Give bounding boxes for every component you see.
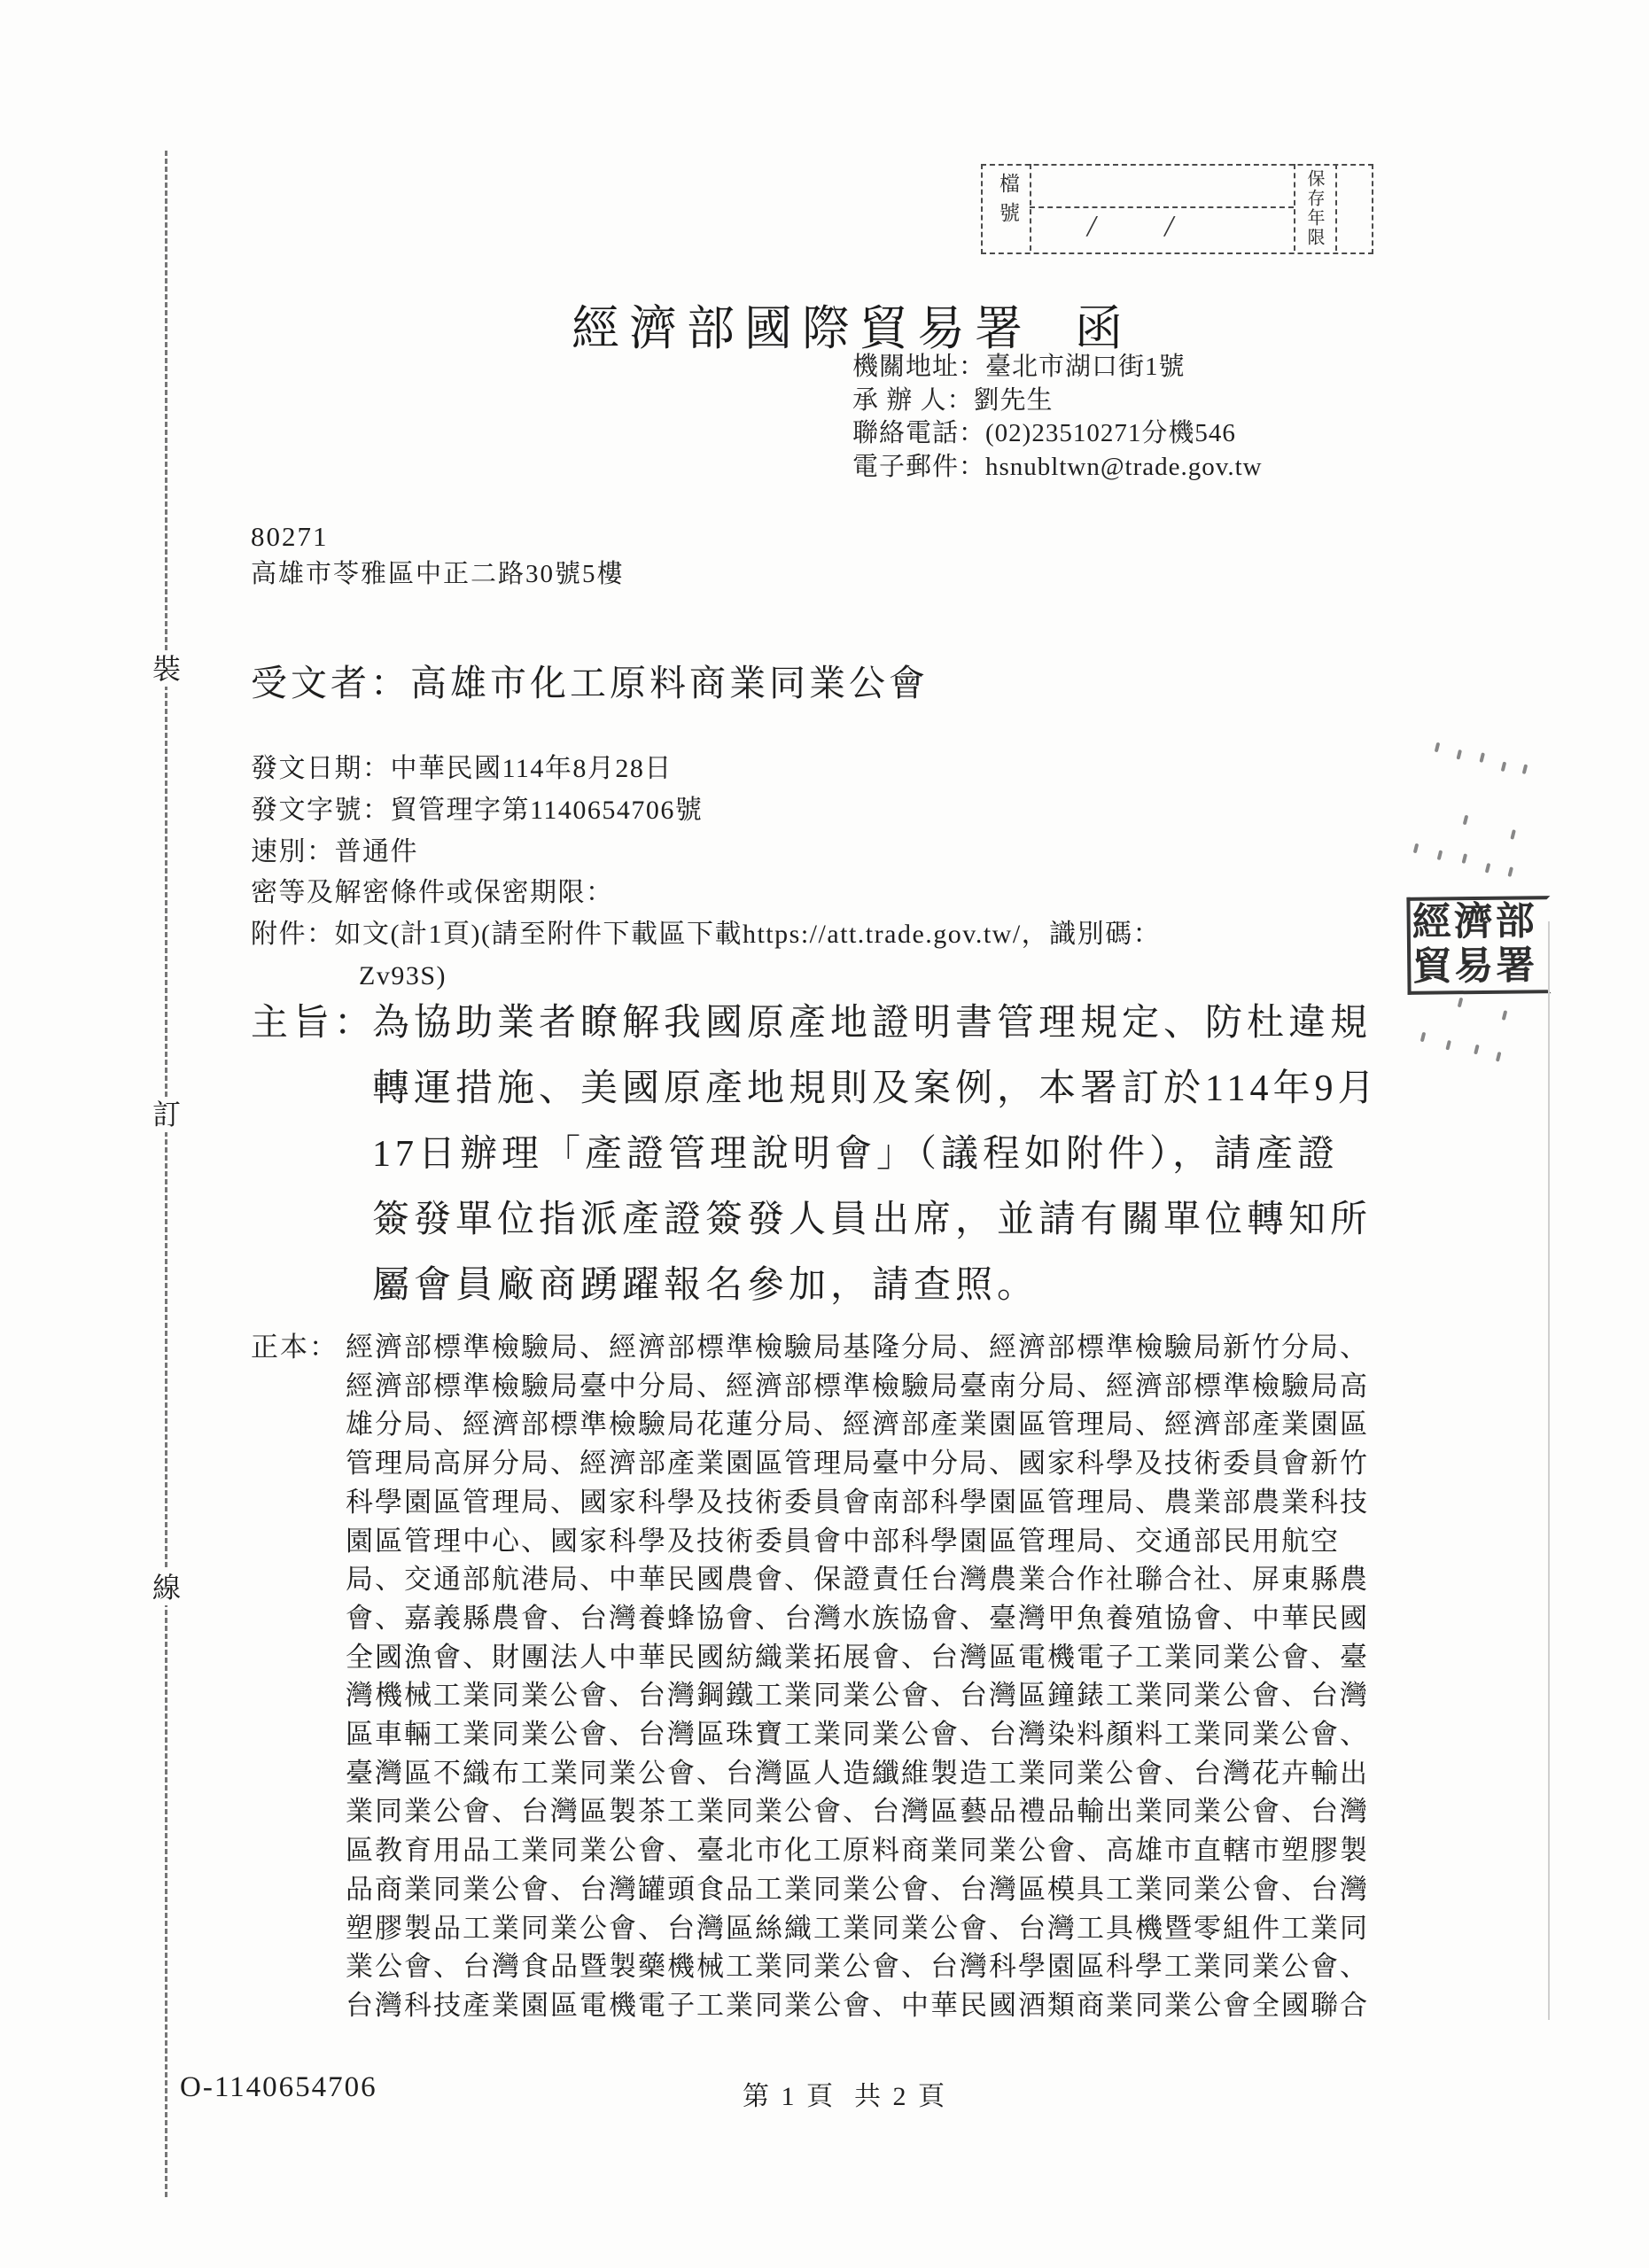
slash-mark: /	[1164, 210, 1172, 244]
subject-line: 轉運措施、美國原產地規則及案例，本署訂於114年9月	[372, 1056, 1379, 1122]
copies-line: 科學園區管理局、國家科學及技術委員會南部科學園區管理局、農業部農業科技	[346, 1483, 1369, 1522]
doc-type: 函	[1075, 291, 1132, 359]
recipient-address: 高雄市苓雅區中正二路30號5樓	[251, 554, 625, 590]
contact-email-line: 電子郵件：hsnubltwn@trade.gov.tw	[852, 451, 1263, 485]
retention-period-label: 保存年限	[1302, 169, 1327, 247]
copies-line: 園區管理中心、國家科學及技術委員會中部科學園區管理局、交通部民用航空	[346, 1522, 1369, 1561]
copies-line: 經濟部標準檢驗局臺中分局、經濟部標準檢驗局臺南分局、經濟部標準檢驗局高	[346, 1367, 1369, 1406]
filing-box-horizontal-divider	[1030, 206, 1294, 208]
binding-label-zhuang: 裝	[149, 651, 184, 687]
copies-line: 業同業公會、台灣區製茶工業同業公會、台灣區藝品禮品輸出業同業公會、台灣	[346, 1792, 1369, 1831]
attachment-line: 附件：如文(計1頁)(請至附件下載區下載https://att.trade.go…	[251, 914, 1161, 956]
subject-line: 簽發單位指派產證簽發人員出席，並請有關單位轉知所	[372, 1187, 1379, 1253]
scan-noise	[1420, 1032, 1427, 1043]
binding-label-xian: 線	[149, 1570, 184, 1605]
copies-line: 台灣科技產業園區電機電子工業同業公會、中華民國酒類商業同業公會全國聯合	[346, 1986, 1369, 2025]
copies-line: 會、嘉義縣農會、台灣養蜂協會、台灣水族協會、臺灣甲魚養殖協會、中華民國	[346, 1599, 1369, 1638]
stamp-line-1: 經濟部	[1412, 899, 1547, 945]
binding-label-ding: 訂	[149, 1097, 184, 1132]
copies-line: 業公會、台灣食品暨製藥機械工業同業公會、台灣科學園區科學工業同業公會、	[346, 1947, 1369, 1986]
filing-retention-box: 檔號 保存年限 / /	[981, 164, 1373, 254]
stamp-line-2: 貿易署	[1412, 944, 1548, 990]
recipient-line: 受文者：高雄市化工原料商業同業公會	[251, 654, 929, 706]
slash-mark: /	[1087, 210, 1095, 244]
copies-line: 塑膠製品工業同業公會、台灣區絲織工業同業公會、台灣工具機暨零組件工業同	[346, 1909, 1369, 1948]
contact-person-line: 承 辦 人：劉先生	[852, 384, 1263, 418]
copies-line: 區車輛工業同業公會、台灣區珠寶工業同業公會、台灣染料顏料工業同業公會、	[346, 1715, 1369, 1754]
subject-line: 為協助業者瞭解我國原產地證明書管理規定、防杜違規	[372, 990, 1379, 1056]
copies-block: 正本： 經濟部標準檢驗局、經濟部標準檢驗局基隆分局、經濟部標準檢驗局新竹分局、 …	[251, 1328, 1369, 2025]
doc-number-line: 發文字號：貿管理字第1140654706號	[251, 790, 1161, 832]
footer-page-info: 第 1 頁 共 2 頁	[743, 2074, 947, 2113]
scan-noise	[1458, 998, 1464, 1008]
issue-date-line: 發文日期：中華民國114年8月28日	[251, 749, 1161, 790]
scan-noise	[1413, 843, 1420, 854]
agency-stamp: 經濟部 貿易署	[1406, 896, 1551, 995]
copies-line: 灣機械工業同業公會、台灣鋼鐵工業同業公會、台灣區鐘錶工業同業公會、台灣	[346, 1676, 1369, 1715]
filing-box-divider	[1294, 164, 1295, 251]
subject-label: 主旨：	[251, 990, 376, 1056]
scan-noise	[1463, 815, 1469, 826]
contact-address-line: 機關地址：臺北市湖口街1號	[852, 351, 1263, 384]
copies-line: 全國漁會、財團法人中華民國紡織業拓展會、台灣區電機電子工業同業公會、臺	[346, 1638, 1369, 1677]
copies-line: 經濟部標準檢驗局、經濟部標準檢驗局基隆分局、經濟部標準檢驗局新竹分局、	[346, 1328, 1369, 1367]
file-number-label: 檔號	[993, 173, 1023, 231]
document-page: 裝 訂 線 檔號 保存年限 / / 經濟部國際貿易署 函 機關地址：臺北市湖口街…	[0, 0, 1649, 2268]
speed-class-line: 速別：普通件	[251, 832, 1161, 874]
security-class-line: 密等及解密條件或保密期限：	[251, 873, 1161, 914]
copies-line: 區教育用品工業同業公會、臺北市化工原料商業同業公會、高雄市直轄市塑膠製	[346, 1831, 1369, 1870]
filing-box-slashes: / /	[1087, 210, 1291, 244]
copies-line: 品商業同業公會、台灣罐頭食品工業同業公會、台灣區模具工業同業公會、台灣	[346, 1870, 1369, 1909]
agency-name: 經濟部國際貿易署	[572, 291, 1032, 359]
copies-line: 臺灣區不織布工業同業公會、台灣區人造纖維製造工業同業公會、台灣花卉輸出	[346, 1754, 1369, 1793]
document-meta-block: 發文日期：中華民國114年8月28日 發文字號：貿管理字第1140654706號…	[251, 749, 1161, 998]
copies-label: 正本：	[251, 1328, 338, 1367]
scan-page-edge-line	[1548, 921, 1550, 2020]
subject-block: 主旨： 為協助業者瞭解我國原產地證明書管理規定、防杜違規 轉運措施、美國原產地規…	[251, 990, 1379, 1318]
postal-code: 80271	[251, 521, 329, 553]
filing-box-divider	[1335, 164, 1337, 251]
scan-noise	[1435, 742, 1441, 753]
copies-line: 管理局高屏分局、經濟部產業園區管理局臺中分局、國家科學及技術委員會新竹	[346, 1444, 1369, 1483]
footer-doc-id: O-1140654706	[180, 2071, 377, 2104]
copies-line: 雄分局、經濟部標準檢驗局花蓮分局、經濟部產業園區管理局、經濟部產業園區	[346, 1405, 1369, 1444]
contact-phone-line: 聯絡電話：(02)23510271分機546	[852, 417, 1263, 451]
binding-dashed-line	[165, 151, 167, 2197]
agency-contact-block: 機關地址：臺北市湖口街1號 承 辦 人：劉先生 聯絡電話：(02)2351027…	[852, 351, 1263, 484]
subject-line: 屬會員廠商踴躍報名參加，請查照。	[372, 1253, 1379, 1318]
subject-line: 17日辦理「產證管理說明會」（議程如附件），請產證	[372, 1122, 1379, 1187]
copies-line: 局、交通部航港局、中華民國農會、保證責任台灣農業合作社聯合社、屏東縣農	[346, 1560, 1369, 1599]
document-title: 經濟部國際貿易署 函	[572, 291, 1132, 359]
